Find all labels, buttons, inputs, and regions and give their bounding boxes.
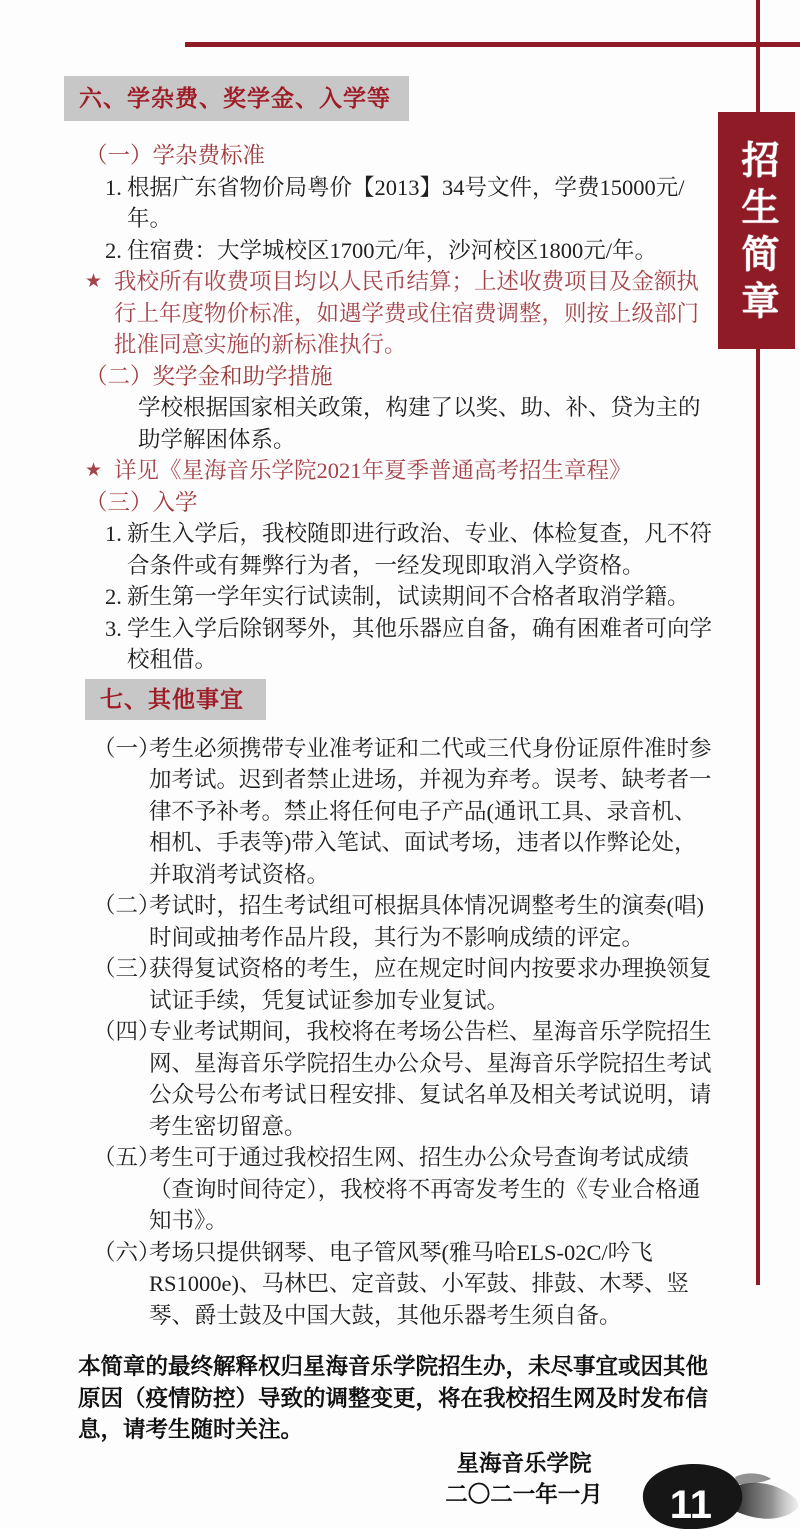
item-text: 考场只提供钢琴、电子管风琴(雅马哈ELS-02C/吟飞RS1000e)、马林巴、…	[149, 1237, 712, 1332]
sub-row: （三）入学	[85, 487, 712, 519]
item-label: （六）	[93, 1237, 149, 1332]
item-label: 2.	[105, 581, 127, 613]
item-label: （五）	[93, 1142, 149, 1237]
item-text: 学杂费标准	[153, 140, 712, 172]
item-label: （三）	[93, 953, 149, 1016]
item-label: 2.	[105, 235, 127, 267]
num-row: 2.新生第一学年实行试读制，试读期间不合格者取消学籍。	[105, 581, 712, 613]
num-row: 1.新生入学后，我校随即进行政治、专业、体检复查，凡不符合条件或有舞弊行为者，一…	[105, 518, 712, 581]
num-row: 3.学生入学后除钢琴外，其他乐器应自备，确有困难者可向学校租借。	[105, 613, 712, 676]
sub-row: （二）奖学金和助学措施	[85, 361, 712, 393]
item-label: ★	[85, 266, 114, 361]
item-label: 1.	[105, 172, 127, 235]
item-text: 考试时，招生考试组可根据具体情况调整考生的演奏(唱)时间或抽考作品片段，其行为不…	[149, 890, 712, 953]
item-text: 奖学金和助学措施	[153, 361, 712, 393]
section-fees-list: （一）学杂费标准1.根据广东省物价局粤价【2013】34号文件，学费15000元…	[64, 140, 712, 676]
body-row: 学校根据国家相关政策，构建了以奖、助、补、贷为主的助学解困体系。	[138, 392, 712, 455]
item-text: 考生可于通过我校招生网、招生办公众号查询考试成绩（查询时间待定），我校将不再寄发…	[149, 1142, 712, 1237]
ink-tail	[733, 1483, 798, 1519]
side-tab-banner: 招生简章	[718, 112, 795, 349]
star-row: ★详见《星海音乐学院2021年夏季普通高考招生章程》	[85, 455, 712, 487]
item-text: 学生入学后除钢琴外，其他乐器应自备，确有困难者可向学校租借。	[127, 613, 712, 676]
num-row: 2.住宿费：大学城校区1700元/年，沙河校区1800元/年。	[105, 235, 712, 267]
main-content: 六、学杂费、奖学金、入学等 （一）学杂费标准1.根据广东省物价局粤价【2013】…	[64, 76, 712, 1511]
section-other-header: 七、其他事宜	[85, 679, 266, 720]
item-text: 住宿费：大学城校区1700元/年，沙河校区1800元/年。	[127, 235, 712, 267]
item-row: （一）考生必须携带专业准考证和二代或三代身份证原件准时参加考试。迟到者禁止进场，…	[93, 733, 712, 891]
item-text: 学校根据国家相关政策，构建了以奖、助、补、贷为主的助学解困体系。	[138, 392, 712, 455]
item-text: 详见《星海音乐学院2021年夏季普通高考招生章程》	[114, 455, 712, 487]
item-row: （六）考场只提供钢琴、电子管风琴(雅马哈ELS-02C/吟飞RS1000e)、马…	[93, 1237, 712, 1332]
disclaimer-paragraph: 本简章的最终解释权归星海音乐学院招生办，未尽事宜或因其他原因（疫情防控）导致的调…	[78, 1351, 712, 1446]
section-other-list: （一）考生必须携带专业准考证和二代或三代身份证原件准时参加考试。迟到者禁止进场，…	[64, 733, 712, 1332]
item-text: 考生必须携带专业准考证和二代或三代身份证原件准时参加考试。迟到者禁止进场，并视为…	[149, 733, 712, 891]
item-label: 1.	[105, 518, 127, 581]
item-label: （一）	[85, 140, 153, 172]
item-label: （一）	[93, 733, 149, 891]
item-label: （二）	[85, 361, 153, 393]
sub-row: （一）学杂费标准	[85, 140, 712, 172]
item-text: 新生第一学年实行试读制，试读期间不合格者取消学籍。	[127, 581, 712, 613]
item-text: 根据广东省物价局粤价【2013】34号文件，学费15000元/年。	[127, 172, 712, 235]
item-label: （三）	[85, 487, 153, 519]
item-text: 入学	[153, 487, 712, 519]
item-text: 获得复试资格的考生，应在规定时间内按要求办理换领复试证手续，凭复试证参加专业复试…	[149, 953, 712, 1016]
item-text: 我校所有收费项目均以人民币结算；上述收费项目及金额执行上年度物价标准，如遇学费或…	[114, 266, 712, 361]
item-label: （四）	[93, 1016, 149, 1142]
frame-horizontal-line	[185, 42, 800, 47]
item-row: （二）考试时，招生考试组可根据具体情况调整考生的演奏(唱)时间或抽考作品片段，其…	[93, 890, 712, 953]
item-label: ★	[85, 455, 114, 487]
brochure-page: 招生简章 六、学杂费、奖学金、入学等 （一）学杂费标准1.根据广东省物价局粤价【…	[0, 0, 800, 1529]
item-row: （四）专业考试期间，我校将在考场公告栏、星海音乐学院招生网、星海音乐学院招生办公…	[93, 1016, 712, 1142]
item-label: （二）	[93, 890, 149, 953]
page-number: 11	[670, 1485, 712, 1525]
item-label: 3.	[105, 613, 127, 676]
side-tab-label: 招生简章	[729, 134, 784, 328]
num-row: 1.根据广东省物价局粤价【2013】34号文件，学费15000元/年。	[105, 172, 712, 235]
item-row: （五）考生可于通过我校招生网、招生办公众号查询考试成绩（查询时间待定），我校将不…	[93, 1142, 712, 1237]
item-row: （三）获得复试资格的考生，应在规定时间内按要求办理换领复试证手续，凭复试证参加专…	[93, 953, 712, 1016]
item-text: 新生入学后，我校随即进行政治、专业、体检复查，凡不符合条件或有舞弊行为者，一经发…	[127, 518, 712, 581]
item-text: 专业考试期间，我校将在考场公告栏、星海音乐学院招生网、星海音乐学院招生办公众号、…	[149, 1016, 712, 1142]
section-fees-header: 六、学杂费、奖学金、入学等	[64, 76, 409, 121]
star-row: ★我校所有收费项目均以人民币结算；上述收费项目及金额执行上年度物价标准，如遇学费…	[85, 266, 712, 361]
